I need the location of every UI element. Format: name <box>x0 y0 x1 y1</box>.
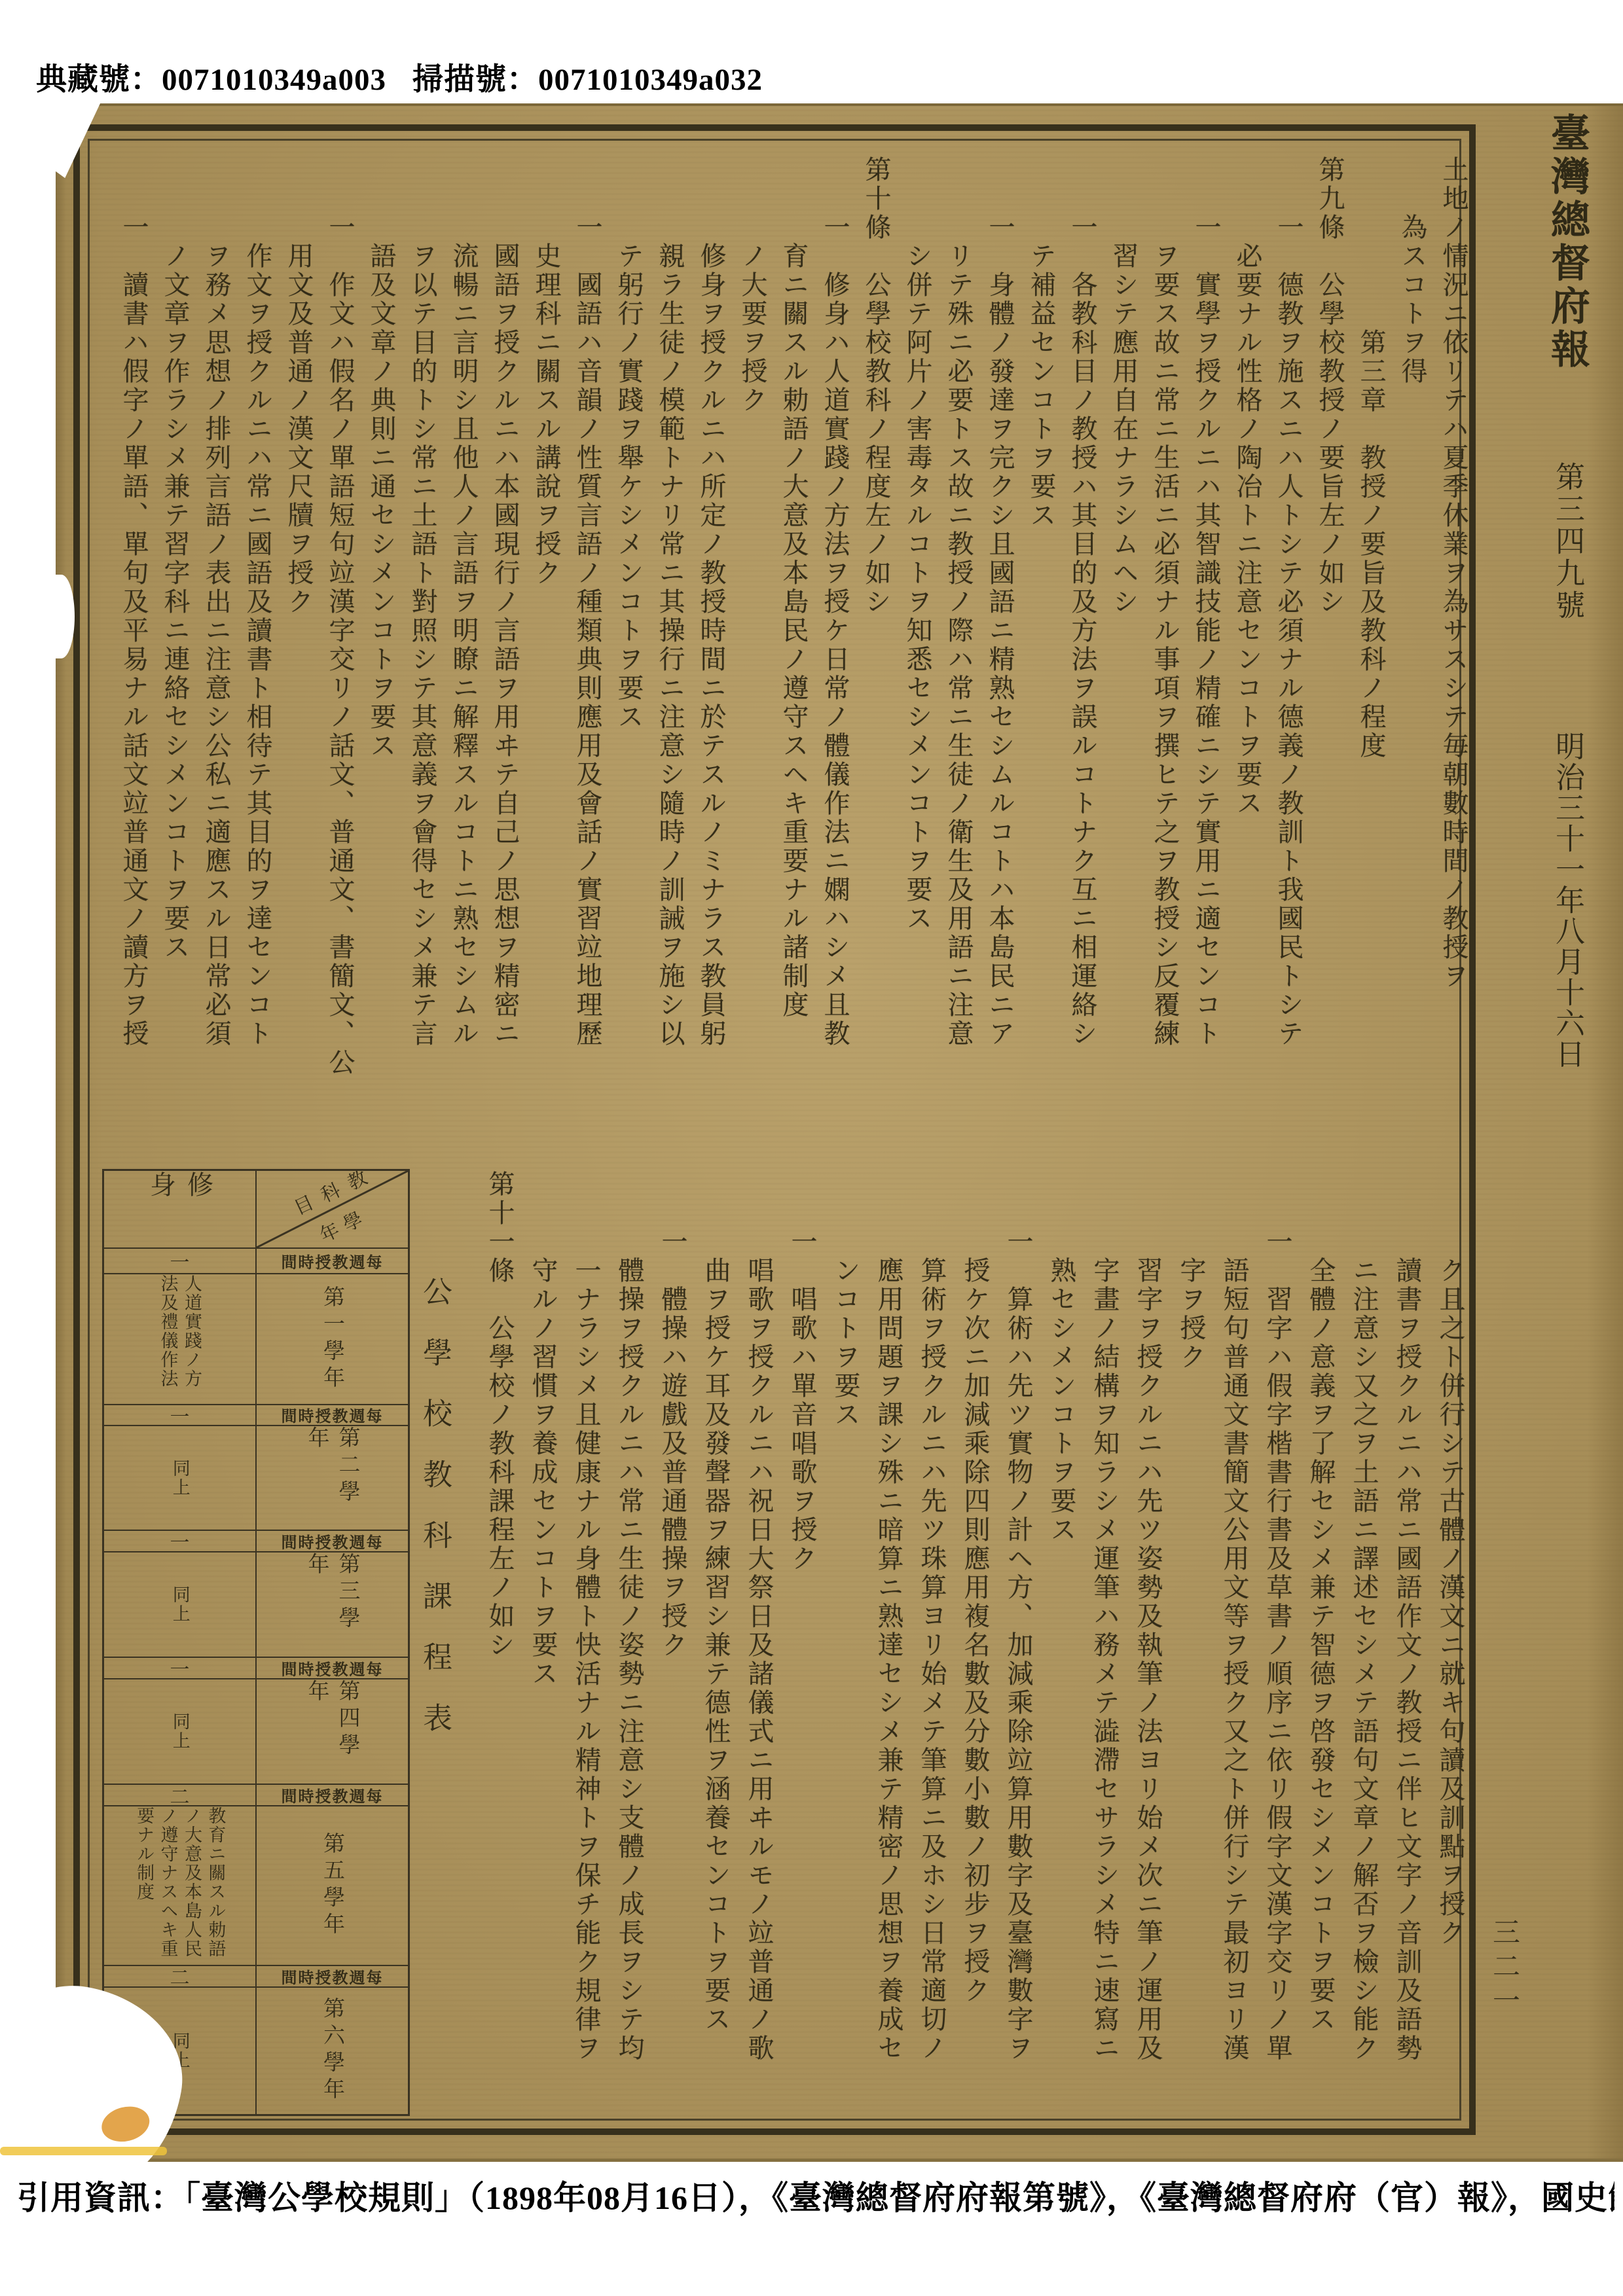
text-column: 作文ヲ授クルニハ常ニ國語及讀書ト相待テ其目的ヲ達センコト <box>244 156 270 1118</box>
subject-column: 修身 一人道實踐ノ方法及禮儀作法一同上一同上一同上二教育ニ關スル勅語ノ大意及本島… <box>104 1171 255 2114</box>
table-title: 公學校教科課程表 <box>414 1276 456 1763</box>
text-column: 育ニ關スル勅語ノ大意及本島民ノ遵守スヘキ重要ナル諸制度 <box>780 156 807 1118</box>
subject-content-cell: 同上 <box>104 1551 255 1657</box>
text-column: 算術ヲ授クルニハ先ツ珠算ヨリ始メテ筆算ニ及ホシ日常適切ノ <box>919 1170 945 2132</box>
curriculum-table: 修身 一人道實踐ノ方法及禮儀作法一同上一同上一同上二教育ニ關スル勅語ノ大意及本島… <box>102 1169 410 2116</box>
paper-damage-streak <box>0 2147 167 2155</box>
text-column: 第九條 公學校教授ノ要旨左ノ如シ <box>1317 156 1343 1118</box>
text-column: 一 德教ヲ施スニハ人トシテ必須ナル德義ノ教訓ト我國民トシテ <box>1275 156 1302 1118</box>
hours-header-cell: 間時授教週每 <box>257 1404 408 1426</box>
text-column: 語及文章ノ典則ニ通セシメンコトヲ要ス <box>368 156 394 1118</box>
text-column: 一 國語ハ音韻ノ性質言語ノ種類典則應用及會話ノ實習竝地理歷 <box>574 156 600 1118</box>
text-column: 曲ヲ授ケ耳及發聲器ヲ練習シ兼テ德性ヲ涵養センコトヲ要ス <box>702 1170 729 2132</box>
text-column: ヲ以テ目的トシ常ニ土語ト對照シテ其意義ヲ會得セシメ兼テ言 <box>409 156 435 1118</box>
weekly-hours-cell: 二 <box>104 1965 255 1986</box>
text-column: シ併テ阿片ノ害毒タルコトヲ知悉セシメンコトヲ要ス <box>904 156 930 1118</box>
text-column: 一 修身ハ人道實踐ノ方法ヲ授ケ日常ノ體儀作法ニ嫻ハシメ且教 <box>822 156 848 1118</box>
text-column: 授ケ次ニ加減乘除四則應用複名數及分數小數ノ初步ヲ授ク <box>962 1170 988 2132</box>
weekly-hours-cell: 一 <box>104 1404 255 1426</box>
masthead-title: 臺灣總督府報 <box>1546 113 1589 372</box>
text-column: 為スコトヲ得 <box>1399 156 1425 1118</box>
subject-content-text: 同上 <box>168 1459 191 1497</box>
text-column: 第十條 公學校教科ノ程度左ノ如シ <box>863 156 889 1118</box>
text-column: ヲ要ス故ニ常ニ生活ニ必須ナル事項ヲ撰ヒテ之ヲ教授シ反覆練 <box>1152 156 1178 1118</box>
text-column: 一ナラシメ且健康ナル身體ト快活ナル精神トヲ保チ能ク規律ヲ <box>573 1170 599 2132</box>
text-column: 一 作文ハ假名ノ單語短句竝漢字交リノ話文、普通文、書簡文、公 <box>327 156 353 1118</box>
text-column: テ補益センコトヲ要ス <box>1028 156 1054 1118</box>
text-column: ヲ務メ思想ノ排列言語ノ表出ニ注意シ公私ニ適應スル日常必須 <box>203 156 229 1118</box>
regulation-text-upper: 土地ノ情況ニ依リテハ夏季休業ヲ為サスシテ毎朝數時間ノ教授ヲ為スコトヲ得第三章 教… <box>98 156 1467 1118</box>
text-column: 土地ノ情況ニ依リテハ夏季休業ヲ為サスシテ毎朝數時間ノ教授ヲ <box>1440 156 1467 1118</box>
subject-content-cell: 同上 <box>104 1678 255 1784</box>
text-column: 一 身體ノ發達ヲ完クシ且國語ニ精熟セシムルコトハ本島民ニア <box>987 156 1013 1118</box>
weekly-hours-cell: 一 <box>104 1657 255 1678</box>
hours-header-cell: 間時授教週每 <box>257 1784 408 1805</box>
publication-date: 明治三十一年八月十六日 <box>1551 731 1584 1069</box>
weekly-hours-cell: 二 <box>104 1784 255 1805</box>
text-column: 一 習字ハ假字楷書行書及草書ノ順序ニ依リ假字文漢字交リノ單 <box>1264 1170 1290 2132</box>
text-column: 流暢ニ言明シ且他人ノ言語ヲ明瞭ニ解釋スルコトニ熟セシムル <box>450 156 477 1118</box>
text-column: 史理科ニ關スル講說ヲ授ク <box>533 156 559 1118</box>
text-column: ク且之ト併行シテ古體ノ漢文ニ就キ句讀及訓點ヲ授ク <box>1437 1170 1463 2132</box>
text-column: 國語ヲ授クルニハ本國現行ノ言語ヲ用ヰテ自己ノ思想ヲ精密ニ <box>492 156 518 1118</box>
year-label-cell: 第四學年 <box>257 1678 408 1784</box>
weekly-hours-cell: 一 <box>104 1247 255 1274</box>
text-column: 第十一條 公學校ノ教科課程左ノ如シ <box>486 1170 513 2132</box>
subject-content-cell: 人道實踐ノ方法及禮儀作法 <box>104 1273 255 1403</box>
subject-content-text: 同上 <box>168 1712 191 1750</box>
text-column: 一 實學ヲ授クルニハ其智識技能ノ精確ニシテ實用ニ適センコト <box>1193 156 1219 1118</box>
archive-header: 典藏號：0071010349a003 掃描號：0071010349a032 <box>36 55 763 99</box>
text-column: 習シテ應用自在ナラシムヘシ <box>1110 156 1137 1118</box>
table-corner-cell: 目科教 年學 <box>257 1171 408 1247</box>
text-column: 必要ナル性格ノ陶冶トニ注意センコトヲ要ス <box>1234 156 1260 1118</box>
year-label-cell: 第二學年 <box>257 1425 408 1529</box>
subject-content-cell: 教育ニ關スル勅語ノ大意及本島人民ノ遵守ナスヘキ重要ナル制度 <box>104 1805 255 1965</box>
text-column: 一 各教科目ノ教授ハ其目的及方法ヲ誤ルコトナク互ニ相運絡シ <box>1069 156 1095 1118</box>
subject-content-cell: 同上 <box>104 1425 255 1529</box>
year-label-cell: 第一學年 <box>257 1273 408 1403</box>
text-column: 修身ヲ授クルニハ所定ノ教授時間ニ於テスルノミナラス教員躬 <box>698 156 724 1118</box>
text-column: 一 體操ハ遊戲及普通體操ヲ授ク <box>659 1170 685 2132</box>
text-column: 應用問題ヲ課シ殊ニ暗算ニ熟達セシメ兼テ精密ノ思想ヲ養成セ <box>875 1170 902 2132</box>
text-column: 字ヲ授ク <box>1178 1170 1204 2132</box>
issue-number: 第三四九號 <box>1551 461 1584 622</box>
masthead: 臺灣總督府報 第三四九號 明治三十一年八月十六日 <box>1539 113 1596 1029</box>
text-column: 語短句普通文書簡文公用文等ヲ授ク又之ト併行シテ最初ヨリ漢 <box>1221 1170 1247 2132</box>
hours-header-cell: 間時授教週每 <box>257 1965 408 1986</box>
page-number: 三二一 <box>1484 1918 1523 2020</box>
year-column: 目科教 年學 間時授教週每第一學年間時授教週每第二學年間時授教週每第三學年間時授… <box>255 1171 408 2114</box>
text-column: 第三章 教授ノ要旨及教科ノ程度 <box>1358 156 1384 1118</box>
weekly-hours-cell: 一 <box>104 1530 255 1551</box>
hours-header-cell: 間時授教週每 <box>257 1657 408 1678</box>
text-column: 用文及普通ノ漢文尺牘ヲ授ク <box>285 156 312 1118</box>
text-column: 讀書ヲ授クルニハ常ニ國語作文ノ教授ニ伴ヒ文字ノ音訓及語勢 <box>1394 1170 1420 2132</box>
regulation-text-lower: ク且之ト併行シテ古體ノ漢文ニ就キ句讀及訓點ヲ授ク讀書ヲ授クルニハ常ニ國語作文ノ教… <box>468 1170 1463 2132</box>
year-label-cell: 第三學年 <box>257 1551 408 1657</box>
subject-header-cell: 修身 <box>104 1171 255 1247</box>
text-column: ノ大要ヲ授ク <box>739 156 765 1118</box>
text-column: ニ注意シ又之ヲ土語ニ譯述セシメテ語句文章ノ解否ヲ檢シ能ク <box>1351 1170 1377 2132</box>
text-column: 親ラ生徒ノ模範トナリ常ニ其操行ニ注意シ隨時ノ訓誡ヲ施シ以 <box>657 156 683 1118</box>
hours-header-cell: 間時授教週每 <box>257 1247 408 1274</box>
archive-number: 典藏號：0071010349a003 <box>36 55 386 99</box>
text-column: 一 算術ハ先ツ實物ノ計ヘ方、加減乘除竝算用數字及臺灣數字ヲ <box>1005 1170 1031 2132</box>
text-column: 字畫ノ結構ヲ知ラシメ運筆ハ務メテ澁滯セサラシメ特ニ速寫ニ <box>1091 1170 1118 2132</box>
text-column: テ躬行ノ實踐ヲ舉ケシメンコトヲ要ス <box>615 156 642 1118</box>
subject-content-text: 人道實踐ノ方法及禮儀作法 <box>156 1274 204 1403</box>
scan-number: 掃描號：0071010349a032 <box>412 55 763 99</box>
year-label-cell: 第六學年 <box>257 1986 408 2114</box>
text-column: 熟セシメンコトヲ要ス <box>1048 1170 1074 2132</box>
subject-content-text: 同上 <box>168 1585 191 1623</box>
text-column: 體操ヲ授クルニハ常ニ生徒ノ姿勢ニ注意シ支體ノ成長ヲシテ均 <box>616 1170 642 2132</box>
text-column: 唱歌ヲ授クルニハ祝日大祭日及諸儀式ニ用ヰルモノ竝普通ノ歌 <box>746 1170 772 2132</box>
year-label-cell: 第五學年 <box>257 1805 408 1965</box>
text-column: 一 唱歌ハ單音唱歌ヲ授ク <box>789 1170 815 2132</box>
text-column: 習字ヲ授クルニハ先ツ姿勢及執筆ノ法ヨリ始メ次ニ筆ノ運用及 <box>1135 1170 1161 2132</box>
text-column: リテ殊ニ必要トス故ニ教授ノ際ハ常ニ生徒ノ衛生及用語ニ注意 <box>945 156 972 1118</box>
citation-line: 引用資訊：「臺灣公學校規則」（1898年08月16日），《臺灣總督府府報第號》，… <box>17 2172 1614 2219</box>
text-column: ンコトヲ要ス <box>832 1170 858 2132</box>
subject-content-text: 教育ニ關スル勅語ノ大意及本島人民ノ遵守ナスヘキ重要ナル制度 <box>132 1806 228 1965</box>
text-column: 一 讀書ハ假字ノ單語、單句及平易ナル話文竝普通文ノ讀方ヲ授 <box>120 156 147 1118</box>
text-column: ノ文章ヲ作ラシメ兼テ習字科ニ連絡セシメンコトヲ要ス <box>162 156 188 1118</box>
hours-header-cell: 間時授教週每 <box>257 1530 408 1551</box>
text-column: 全體ノ意義ヲ了解セシメ兼テ智德ヲ啓發セシメンコトヲ要ス <box>1307 1170 1334 2132</box>
text-column: 守ルノ習慣ヲ養成センコトヲ要ス <box>530 1170 556 2132</box>
